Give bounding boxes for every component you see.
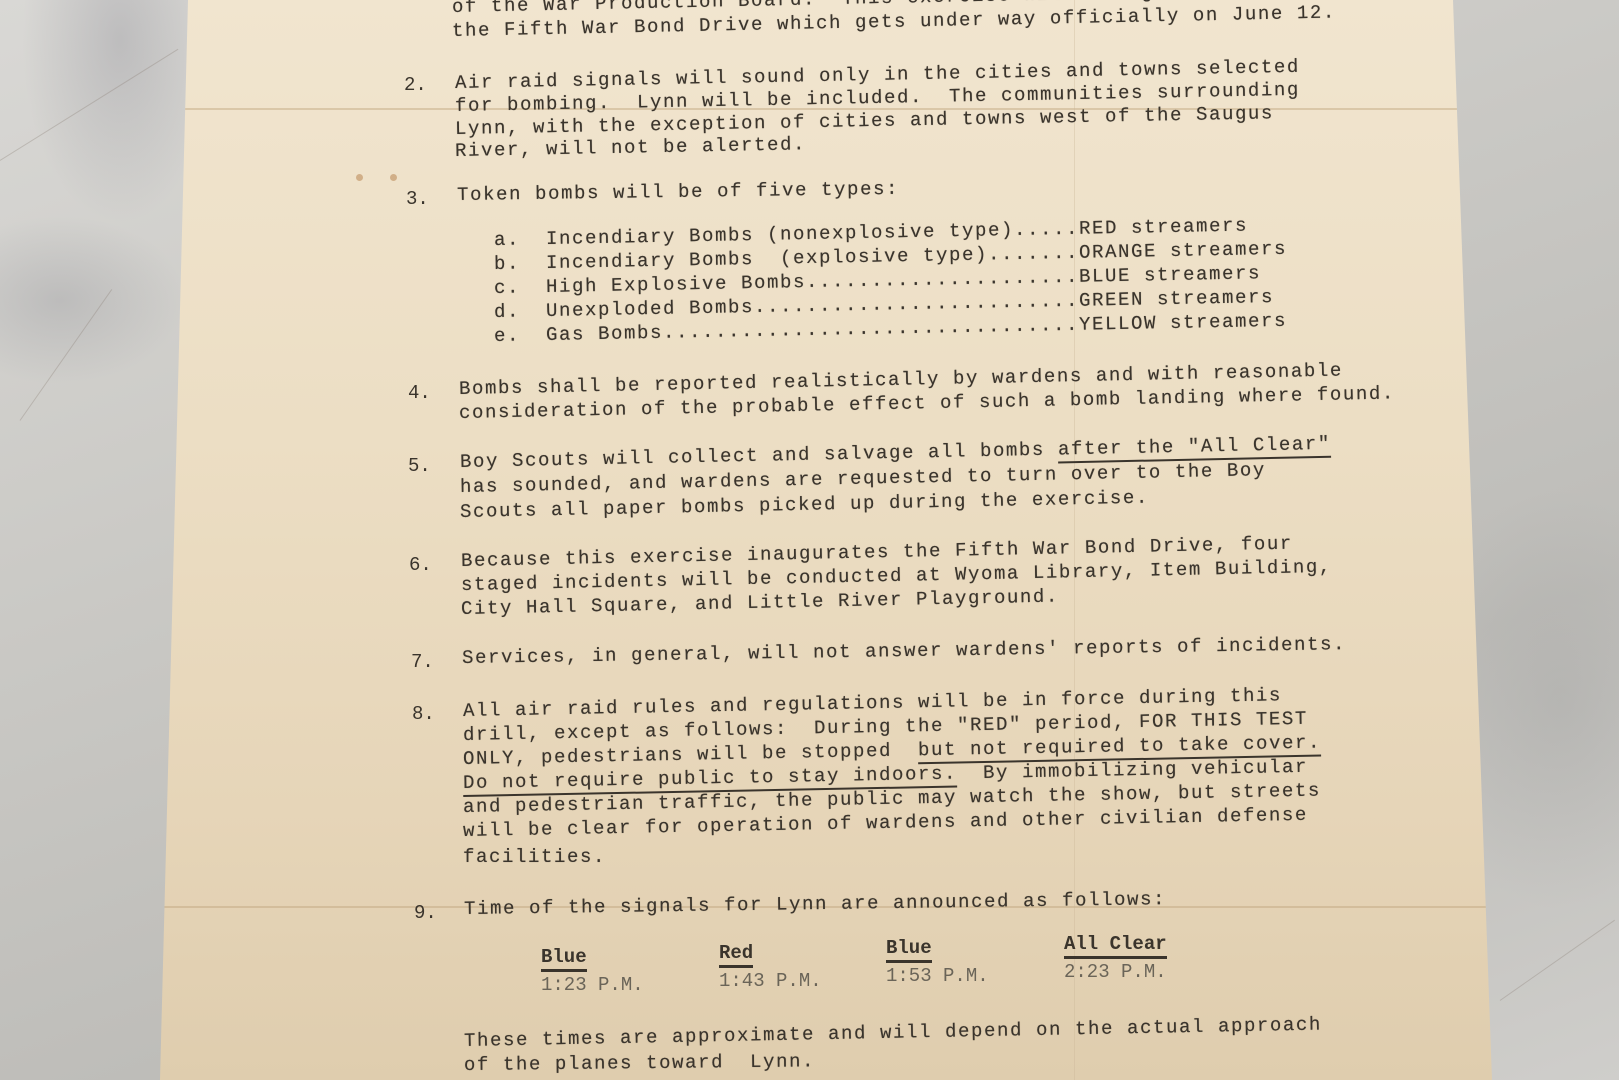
typed-document-page: of the War Production Board. This exerci… bbox=[0, 0, 1619, 1080]
item-number: 5. bbox=[408, 455, 431, 477]
marble-vein bbox=[20, 289, 113, 421]
signal-label: Blue bbox=[886, 937, 932, 963]
signal-time: 1:53 P.M. bbox=[886, 965, 989, 987]
marble-vein bbox=[0, 49, 178, 161]
item-number: 6. bbox=[409, 554, 432, 576]
item-number: 4. bbox=[408, 382, 431, 404]
closing-line: of the planes toward Lynn. bbox=[464, 1050, 815, 1076]
signal-time: 1:23 P.M. bbox=[541, 974, 644, 996]
signal-blue-1: Blue 1:23 P.M. bbox=[541, 946, 644, 996]
item-7-line: Services, in general, will not answer wa… bbox=[462, 633, 1346, 669]
signal-label: Red bbox=[719, 942, 753, 968]
item-8-line: facilities. bbox=[463, 846, 606, 868]
signal-red: Red 1:43 P.M. bbox=[719, 942, 822, 992]
marble-vein bbox=[1500, 920, 1615, 1001]
item-number: 8. bbox=[412, 703, 435, 725]
signal-time: 2:23 P.M. bbox=[1064, 961, 1167, 983]
stain-spot bbox=[390, 174, 397, 181]
signal-label: Blue bbox=[541, 946, 587, 972]
signal-label: All Clear bbox=[1064, 933, 1167, 959]
item-number: 2. bbox=[404, 74, 427, 96]
item-number: 3. bbox=[406, 188, 429, 210]
underlined-all-clear: after the "All Clear" bbox=[1058, 433, 1332, 464]
stain-spot bbox=[356, 174, 363, 181]
item-number: 7. bbox=[411, 651, 434, 673]
item-number: 9. bbox=[414, 902, 437, 924]
item-9-line: Time of the signals for Lynn are announc… bbox=[464, 888, 1166, 920]
closing-line: These times are approximate and will dep… bbox=[464, 1014, 1322, 1052]
signal-all-clear: All Clear 2:23 P.M. bbox=[1064, 933, 1167, 983]
signal-blue-2: Blue 1:53 P.M. bbox=[886, 937, 989, 987]
item-3-line: Token bombs will be of five types: bbox=[457, 178, 899, 206]
signal-time: 1:43 P.M. bbox=[719, 970, 822, 992]
